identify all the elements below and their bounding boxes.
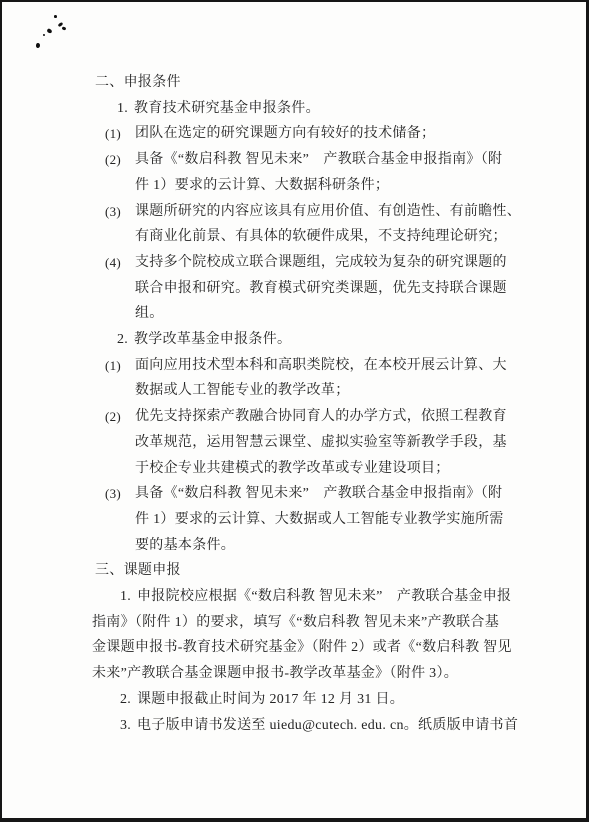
list-marker: (1) bbox=[105, 121, 135, 147]
line-text: 金课题申报书-教育技术研究基金》（附件 2）或者《“数启科教 智见 bbox=[92, 640, 512, 655]
list-marker: 2. bbox=[117, 327, 134, 353]
line-text: 具备《“数启科教 智见未来” 产教联合基金申报指南》（附 bbox=[135, 152, 502, 167]
document-page: 二、申报条件1.教育技术研究基金申报条件。(1)团队在选定的研究课题方向有较好的… bbox=[0, 0, 589, 822]
line-text: 支持多个院校成立联合课题组，完成较为复杂的研究课题的 bbox=[135, 255, 507, 270]
line-text: 组。 bbox=[135, 306, 164, 321]
line-text: 于校企专业共建模式的教学改革或专业建设项目； bbox=[135, 461, 450, 476]
text-line: (1)团队在选定的研究课题方向有较好的技术储备； bbox=[92, 121, 537, 147]
line-text: 优先支持探索产教融合协同育人的办学方式，依照工程教育 bbox=[135, 409, 507, 424]
line-text: 指南》（附件 1）的要求，填写《“数启科教 智见未来”产教联合基 bbox=[92, 615, 499, 630]
line-text: 电子版申请书发送至 uiedu@cutech. edu. cn。纸质版申请书首 bbox=[137, 718, 518, 733]
line-text: 有商业化前景、有具体的软硬件成果，不支持纯理论研究； bbox=[135, 229, 507, 244]
line-text: 团队在选定的研究课题方向有较好的技术储备； bbox=[135, 126, 435, 141]
text-line: (2)具备《“数启科教 智见未来” 产教联合基金申报指南》（附 bbox=[92, 147, 537, 173]
line-text: 三、课题申报 bbox=[95, 563, 181, 578]
text-line: 联合申报和研究。教育模式研究类课题，优先支持联合课题 bbox=[92, 276, 537, 302]
line-text: 申报院校应根据《“数启科教 智见未来” 产教联合基金申报 bbox=[137, 589, 511, 604]
text-line: 改革规范，运用智慧云课堂、虚拟实验室等新教学手段，基 bbox=[92, 430, 537, 456]
line-text: 改革规范，运用智慧云课堂、虚拟实验室等新教学手段，基 bbox=[135, 435, 507, 450]
line-text: 数据或人工智能专业的教学改革； bbox=[135, 383, 350, 398]
text-line: (4)支持多个院校成立联合课题组，完成较为复杂的研究课题的 bbox=[92, 250, 537, 276]
text-line: (2)优先支持探索产教融合协同育人的办学方式，依照工程教育 bbox=[92, 404, 537, 430]
line-text: 面向应用技术型本科和高职类院校，在本校开展云计算、大 bbox=[135, 358, 507, 373]
ink-smudge bbox=[54, 15, 57, 18]
list-marker: (2) bbox=[105, 404, 135, 430]
text-line: 1.申报院校应根据《“数启科教 智见未来” 产教联合基金申报 bbox=[92, 584, 537, 610]
line-text: 件 1）要求的云计算、大数据科研条件； bbox=[135, 178, 389, 193]
document-body: 二、申报条件1.教育技术研究基金申报条件。(1)团队在选定的研究课题方向有较好的… bbox=[92, 70, 537, 738]
text-line: 金课题申报书-教育技术研究基金》（附件 2）或者《“数启科教 智见 bbox=[92, 635, 537, 661]
ink-smudge bbox=[62, 26, 67, 30]
list-marker: (1) bbox=[105, 353, 135, 379]
text-line: 2.课题申报截止时间为 2017 年 12 月 31 日。 bbox=[92, 687, 537, 713]
text-line: 指南》（附件 1）的要求，填写《“数启科教 智见未来”产教联合基 bbox=[92, 610, 537, 636]
text-line: 于校企专业共建模式的教学改革或专业建设项目； bbox=[92, 456, 537, 482]
text-line: 件 1）要求的云计算、大数据科研条件； bbox=[92, 173, 537, 199]
text-line: 3.电子版申请书发送至 uiedu@cutech. edu. cn。纸质版申请书… bbox=[92, 713, 537, 739]
line-text: 课题申报截止时间为 2017 年 12 月 31 日。 bbox=[137, 692, 404, 707]
text-line: 有商业化前景、有具体的软硬件成果，不支持纯理论研究； bbox=[92, 224, 537, 250]
list-marker: (3) bbox=[105, 481, 135, 507]
text-line: 组。 bbox=[92, 301, 537, 327]
line-text: 教育技术研究基金申报条件。 bbox=[134, 101, 320, 116]
text-line: 未来”产教联合基金课题申报书-教学改革基金》（附件 3）。 bbox=[92, 661, 537, 687]
text-line: 件 1）要求的云计算、大数据或人工智能专业教学实施所需 bbox=[92, 507, 537, 533]
line-text: 未来”产教联合基金课题申报书-教学改革基金》（附件 3）。 bbox=[92, 666, 458, 681]
list-marker: (2) bbox=[105, 147, 135, 173]
line-text: 联合申报和研究。教育模式研究类课题，优先支持联合课题 bbox=[135, 281, 507, 296]
list-marker: 1. bbox=[117, 96, 134, 122]
ink-smudge bbox=[43, 34, 45, 36]
text-line: 要的基本条件。 bbox=[92, 533, 537, 559]
text-line: 三、课题申报 bbox=[92, 558, 537, 584]
line-text: 课题所研究的内容应该具有应用价值、有创造性、有前瞻性、 bbox=[135, 204, 521, 219]
text-line: (1)面向应用技术型本科和高职类院校，在本校开展云计算、大 bbox=[92, 353, 537, 379]
list-marker: (4) bbox=[105, 250, 135, 276]
line-text: 教学改革基金申报条件。 bbox=[134, 332, 291, 347]
line-text: 件 1）要求的云计算、大数据或人工智能专业教学实施所需 bbox=[135, 512, 504, 527]
text-line: (3)课题所研究的内容应该具有应用价值、有创造性、有前瞻性、 bbox=[92, 199, 537, 225]
text-line: 2.教学改革基金申报条件。 bbox=[92, 327, 537, 353]
ink-smudge bbox=[46, 28, 52, 34]
ink-smudge bbox=[36, 43, 41, 49]
list-marker: (3) bbox=[105, 199, 135, 225]
list-marker: 3. bbox=[120, 713, 137, 739]
text-line: (3)具备《“数启科教 智见未来” 产教联合基金申报指南》（附 bbox=[92, 481, 537, 507]
line-text: 要的基本条件。 bbox=[135, 538, 235, 553]
text-line: 1.教育技术研究基金申报条件。 bbox=[92, 96, 537, 122]
list-marker: 1. bbox=[120, 584, 137, 610]
list-marker: 2. bbox=[120, 687, 137, 713]
line-text: 二、申报条件 bbox=[95, 75, 181, 90]
text-line: 数据或人工智能专业的教学改革； bbox=[92, 378, 537, 404]
line-text: 具备《“数启科教 智见未来” 产教联合基金申报指南》（附 bbox=[135, 486, 502, 501]
text-line: 二、申报条件 bbox=[92, 70, 537, 96]
